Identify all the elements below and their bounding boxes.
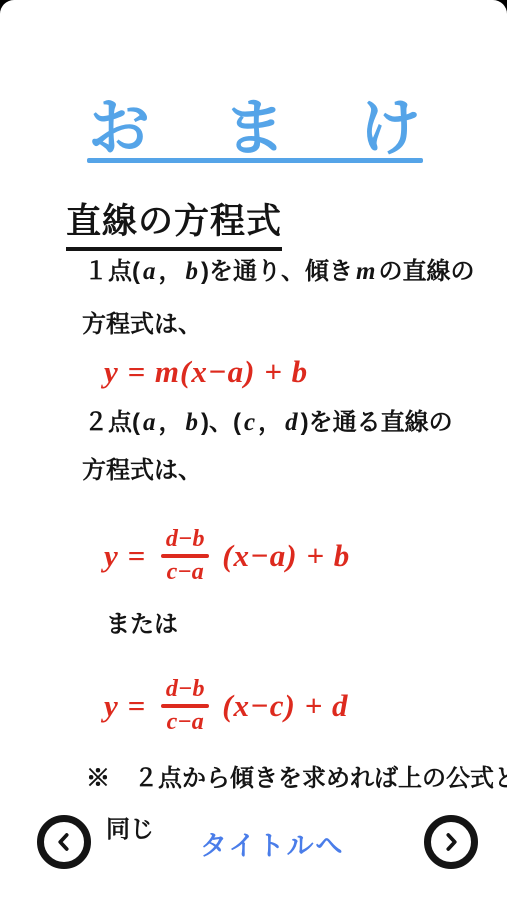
- text-line-1: １点(a，b)を通り、傾きmの直線の: [84, 256, 474, 287]
- text-line-3: ２点(a，b)、(c，d)を通る直線の: [84, 407, 453, 438]
- fraction-denominator: c−a: [165, 710, 206, 735]
- fraction-numerator: d−b: [164, 677, 207, 702]
- chevron-right-icon: [438, 829, 464, 855]
- fraction: d−b c−a: [161, 527, 209, 585]
- section-heading: 直線の方程式: [66, 194, 282, 251]
- text-segment: ，: [159, 258, 183, 285]
- math-var-d: d: [282, 409, 301, 436]
- text-segment: )を通る直線の: [301, 409, 453, 436]
- chevron-left-icon: [51, 829, 77, 855]
- formula-lhs: y =: [104, 688, 146, 724]
- app-screen: お ま け 直線の方程式 １点(a，b)を通り、傾きmの直線の 方程式は、 y …: [0, 0, 507, 900]
- math-var-b: b: [183, 258, 202, 285]
- formula-lhs: y =: [104, 538, 146, 574]
- text-line-2: 方程式は、: [82, 310, 202, 340]
- text-segment: )、(: [201, 409, 241, 436]
- fraction-denominator: c−a: [165, 560, 206, 585]
- formula-rhs: (x−a) + b: [222, 538, 350, 574]
- text-segment: １点(: [84, 258, 140, 285]
- page-title-char: お: [88, 98, 150, 160]
- note-line-2: 同じ: [106, 815, 154, 845]
- fraction-numerator: d−b: [164, 527, 207, 552]
- formula-two-point-b: y = d−b c−a (x−c) + d: [104, 670, 349, 742]
- note-line-1: ※ ２点から傾きを求めれば上の公式と: [86, 764, 507, 794]
- fraction-bar: [161, 554, 209, 558]
- or-text: または: [106, 610, 178, 640]
- text-line-4: 方程式は、: [82, 456, 202, 486]
- formula-rhs: (x−c) + d: [222, 688, 348, 724]
- page-title-char: け: [359, 98, 421, 160]
- title-link[interactable]: タイトルへ: [200, 824, 344, 863]
- text-segment: の直線の: [378, 258, 474, 285]
- back-button[interactable]: [37, 815, 91, 869]
- text-segment: ，: [258, 409, 282, 436]
- forward-button[interactable]: [424, 815, 478, 869]
- math-var-c: c: [241, 409, 258, 436]
- page-title-char: ま: [223, 98, 285, 160]
- text-segment: ，: [159, 409, 183, 436]
- fraction-bar: [161, 704, 209, 708]
- math-var-m: m: [353, 258, 378, 285]
- text-segment: ２点(: [84, 409, 140, 436]
- math-var-a: a: [140, 258, 159, 285]
- math-var-a: a: [140, 409, 159, 436]
- title-underline: [87, 158, 423, 163]
- text-segment: )を通り、傾き: [201, 258, 353, 285]
- formula-two-point-a: y = d−b c−a (x−a) + b: [104, 520, 350, 592]
- math-var-b: b: [183, 409, 202, 436]
- page-title: お ま け: [88, 84, 421, 160]
- fraction: d−b c−a: [161, 677, 209, 735]
- formula-point-slope: y = m(x−a) + b: [104, 354, 308, 390]
